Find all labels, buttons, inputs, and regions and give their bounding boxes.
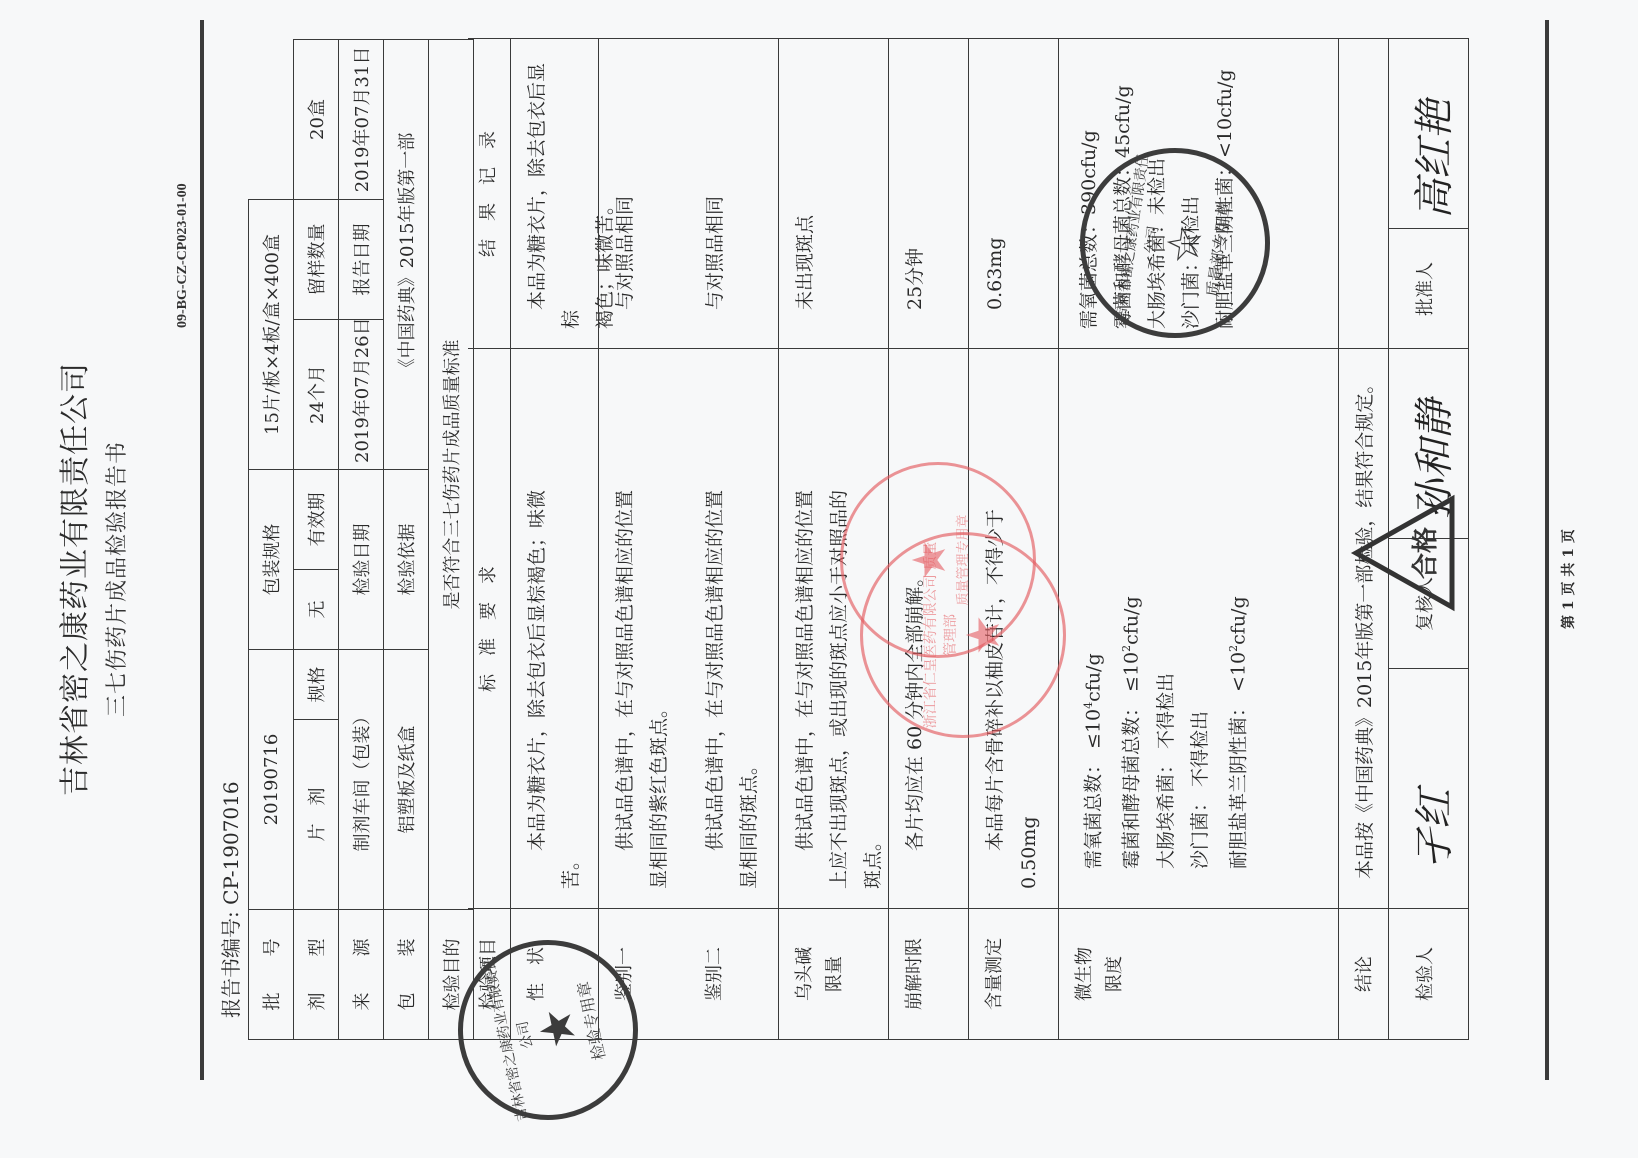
standard-line: 耐胆盐革兰阴性菌： <102cfu/g [1217, 369, 1255, 869]
row-divider [510, 39, 511, 1039]
source-label: 来 源 [339, 910, 384, 1040]
item-standard: 需氧菌总数： ≤104cfu/g霉菌和酵母菌总数： ≤102cfu/g大肠埃希菌… [1072, 369, 1255, 869]
purpose-value: 是否符合三七伤药片成品质量标准 [429, 39, 474, 909]
col-header-result: 结 果 记 录 [472, 39, 506, 349]
basis-value: 《中国药典》2015年版第一部 [384, 39, 429, 469]
standard-line: 大肠埃希菌： 不得检出 [1149, 369, 1183, 869]
item-name: 崩解时限 [900, 909, 930, 1039]
test-date-label: 检验日期 [339, 470, 384, 650]
conclusion-text: 本品按《中国药典》2015年版第一部检验，结果符合规定。 [1348, 49, 1382, 879]
sample-label: 留样数量 [294, 199, 339, 319]
conclusion-label: 结论 [1348, 909, 1382, 1039]
item-result: 与对照品相同 [698, 49, 732, 329]
item-result: 与对照品相同 [608, 49, 642, 329]
package-label: 包 装 [384, 910, 429, 1040]
company-name: 吉林省密之康药业有限责任公司 [50, 0, 94, 1158]
package-value: 铝塑板及纸盒 [384, 650, 429, 910]
column-divider [1389, 228, 1469, 229]
header-info-table: 批 号 20190716 包装规格 15片/板×4板/盒×400盒 剂 型 片 … [248, 39, 474, 1040]
red-dept-stamp: ★ 质量管理专用章 [840, 462, 1036, 658]
report-date-label: 报告日期 [339, 199, 384, 319]
dosage-label: 剂 型 [294, 910, 339, 1040]
pass-badge-text: 合格 [1405, 493, 1442, 613]
validity-label: 有效期 [294, 470, 339, 570]
item-standard: 供试品色谱中，在与对照品色谱相应的位置 显相同的斑点。 [698, 359, 766, 889]
report-title: 三七伤药片成品检验报告书 [100, 0, 131, 1158]
item-standard: 本品为糖衣片，除去包衣后显棕褐色；味微 苦。 [520, 359, 588, 889]
standard-line: 需氧菌总数： ≤104cfu/g [1072, 369, 1110, 869]
page-footer: 第 1 页 共 1 页 [1558, 0, 1578, 1158]
row-divider [1058, 39, 1059, 1039]
standard-line: 霉菌和酵母菌总数： ≤102cfu/g [1110, 369, 1148, 869]
pass-badge: 合格 [1350, 493, 1460, 613]
source-value: 制剂车间（包装） [339, 650, 384, 910]
batch-label: 批 号 [249, 910, 294, 1040]
item-name: 鉴别二 [700, 909, 730, 1039]
seal-text: 质量管理专用章 [952, 515, 971, 606]
inspector-signature: 孑红 [1403, 789, 1460, 869]
item-standard: 供试品色谱中，在与对照品色谱相应的位置 显相同的紫红色斑点。 [608, 359, 676, 889]
column-divider [1389, 908, 1469, 909]
spec-label: 规格 [294, 650, 339, 720]
pack-spec-label: 包装规格 [249, 470, 294, 650]
dosage-value: 片 剂 [294, 720, 339, 910]
item-result: 本品为糖衣片，除去包衣后显棕 褐色；味微苦。 [520, 49, 622, 329]
item-result: 0.63mg [978, 49, 1012, 329]
basis-label: 检验依据 [384, 470, 429, 650]
item-name: 乌头碱 限量 [790, 909, 850, 1039]
report-date-value: 2019年07月31日 [339, 39, 384, 199]
inspection-report-page: 吉林省密之康药业有限责任公司 三七伤药片成品检验报告书 09-BG-CZ-CP0… [0, 0, 1638, 1158]
standard-line: 沙门菌： 不得检出 [1183, 369, 1217, 869]
report-number: 报告书编号: CP-1907016 [215, 781, 244, 1018]
item-name: 含量测定 [980, 909, 1010, 1039]
item-result: 未出现斑点 [788, 49, 822, 329]
approver-signature: 高红艳 [1403, 99, 1460, 219]
batch-value: 20190716 [249, 650, 294, 910]
header-rule [200, 20, 204, 1080]
test-date-value: 2019年07月26日 [339, 320, 384, 470]
footer-rule [1545, 20, 1549, 1080]
spec-value: 无 [294, 570, 339, 650]
row-divider [598, 39, 599, 1039]
approver-label: 批准人 [1409, 229, 1443, 349]
col-header-standard: 标 准 要 求 [472, 349, 506, 909]
row-divider [778, 39, 779, 1039]
report-number-label: 报告书编号: [219, 911, 243, 1018]
document-code: 09-BG-CZ-CP023-01-00 [175, 183, 191, 328]
inspector-label: 检验人 [1409, 909, 1443, 1039]
sample-value: 20盒 [294, 39, 339, 199]
row-divider [1338, 39, 1339, 1039]
item-result: 25分钟 [898, 49, 932, 329]
item-name: 微生物 限度 [1070, 909, 1130, 1039]
star-icon: ★ [906, 515, 952, 606]
validity-value: 24个月 [294, 320, 339, 470]
report-number-value: CP-1907016 [219, 781, 243, 905]
pack-spec-value: 15片/板×4板/盒×400盒 [249, 199, 294, 469]
